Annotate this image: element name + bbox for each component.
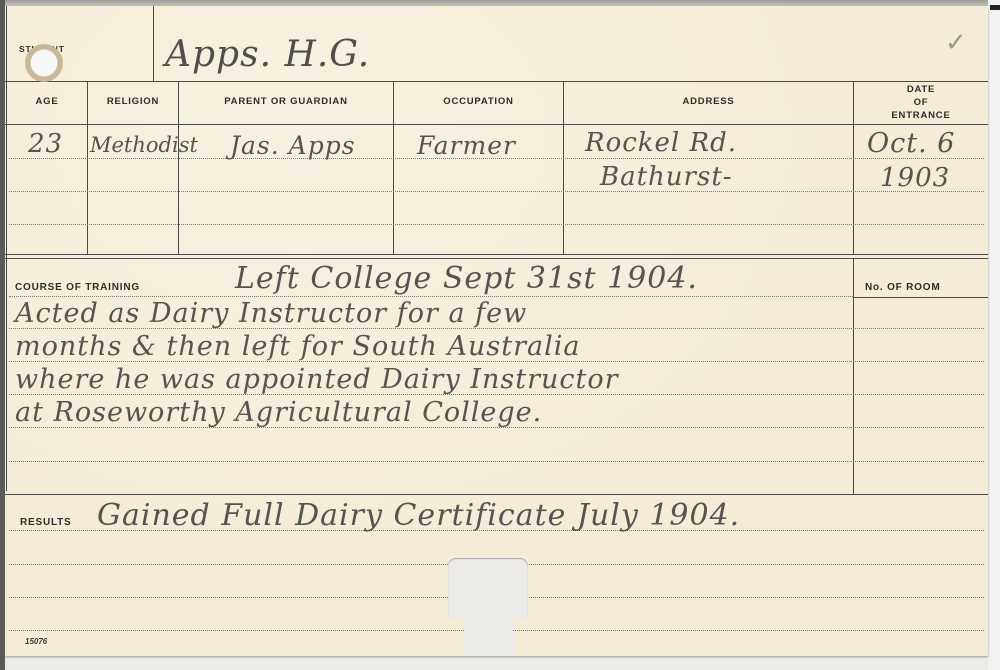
course-line-5: at Roseworthy Agricultural College.	[15, 397, 542, 428]
entrance-date-line1: Oct. 6	[867, 128, 955, 159]
parent-header: PARENT OR GUARDIAN	[179, 96, 393, 107]
filing-notch	[448, 558, 528, 618]
date-header-line3: ENTRANCE	[854, 109, 988, 122]
course-bottom-line	[5, 494, 988, 495]
age-value: 23	[28, 129, 63, 159]
date-header-line1: DATE	[854, 83, 988, 96]
course-line-4: where he was appointed Dairy Instructor	[15, 364, 619, 395]
student-name: Apps. H.G.	[165, 34, 370, 75]
address-header: ADDRESS	[564, 96, 853, 107]
eyelet-hole	[25, 44, 63, 82]
course-top-line	[5, 258, 988, 259]
room-column-divider	[853, 258, 854, 494]
form-number: 15076	[25, 637, 47, 646]
room-label-underline	[853, 297, 988, 298]
date-header-line2: OF	[854, 96, 988, 109]
course-line-1: Left College Sept 31st 1904.	[235, 261, 698, 296]
scan-left-edge	[0, 0, 5, 670]
student-row-bottom-line	[5, 81, 988, 82]
results-value: Gained Full Dairy Certificate July 1904.	[97, 498, 740, 533]
header-row-bottom-line	[5, 124, 988, 125]
scan-corner-mark	[990, 5, 1000, 10]
course-of-training-label: COURSE OF TRAINING	[15, 282, 140, 293]
address-line1: Rockel Rd.	[585, 128, 737, 158]
scan-right-margin	[988, 0, 1000, 670]
no-of-room-label: No. OF ROOM	[865, 282, 940, 293]
occupation-value: Farmer	[417, 131, 516, 160]
course-line-3: months & then left for South Australia	[15, 331, 580, 362]
course-dotted-line	[9, 296, 853, 297]
religion-value: Methodist	[90, 133, 198, 157]
religion-header: RELIGION	[88, 96, 178, 107]
card-left-border	[6, 6, 7, 491]
date-of-entrance-header: DATE OF ENTRANCE	[854, 83, 988, 122]
table-dotted-line	[9, 191, 984, 192]
student-cell-divider	[153, 6, 154, 82]
table-bottom-line	[5, 254, 988, 255]
entrance-date-line2: 1903	[880, 163, 950, 193]
address-line2: Bathurst-	[600, 162, 733, 192]
table-dotted-line	[9, 224, 984, 225]
parent-value: Jas. Apps	[230, 131, 356, 160]
results-label: RESULTS	[20, 517, 72, 528]
filing-notch-stem	[464, 610, 513, 656]
course-line-2: Acted as Dairy Instructor for a few	[15, 298, 527, 329]
course-dotted-line	[9, 461, 984, 462]
check-mark-icon: ✓	[945, 28, 967, 58]
student-record-card: STUDENT AGE RELIGION PARENT OR GUARDIAN …	[5, 6, 988, 656]
occupation-header: OCCUPATION	[394, 96, 563, 107]
age-header: AGE	[7, 96, 87, 107]
